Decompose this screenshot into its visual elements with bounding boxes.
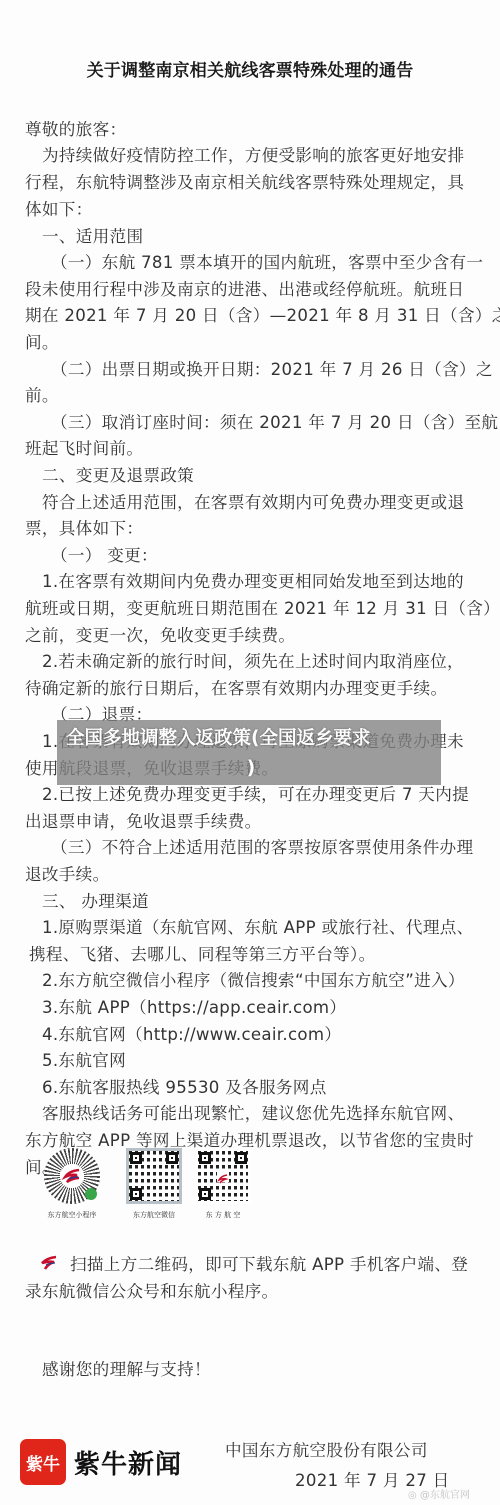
body-line: 4.东航官网（http://www.ceair.com） bbox=[42, 1024, 497, 1046]
qr-finder-icon bbox=[199, 1152, 211, 1164]
body-line: 行程，东航特调整涉及南京相关航线客票特殊处理规定，具 bbox=[25, 172, 480, 194]
headline-line-2: ) bbox=[66, 754, 436, 784]
watermark-text: @东航官网 bbox=[420, 1490, 470, 1501]
scan-note-line-2: 录东航微信公众号和东航小程序。 bbox=[25, 1281, 480, 1303]
airline-logo-icon bbox=[40, 1255, 58, 1275]
weibo-watermark: ◎ @东航官网 bbox=[408, 1486, 470, 1501]
body-line: 5.东航官网 bbox=[42, 1050, 497, 1072]
body-line: 体如下： bbox=[25, 199, 480, 221]
body-line: 待确定新的旅行日期后，在客票有效期内办理变更手续。 bbox=[25, 678, 480, 700]
headline-overlay-text[interactable]: 全国多地调整入返政策(全国返乡要求 ) bbox=[66, 724, 436, 784]
body-line: 二、变更及退票政策 bbox=[42, 465, 497, 487]
body-line: （三）不符合上述适用范围的客票按原客票使用条件办理 bbox=[51, 837, 500, 859]
qr-finder-icon bbox=[130, 1188, 142, 1200]
airline-logo-icon bbox=[217, 1170, 229, 1182]
body-line: （一）东航 781 票本填开的国内航班，客票中至少含有一 bbox=[51, 252, 500, 274]
body-line: 符合上述适用范围，在客票有效期内可免费办理变更或退 bbox=[42, 492, 497, 514]
notice-document: 关于调整南京相关航线客票特殊处理的通告 尊敬的旅客：为持续做好疫情防控工作，方便… bbox=[0, 0, 500, 1505]
body-line: 三、 办理渠道 bbox=[42, 891, 497, 913]
body-line: 班起飞时间前。 bbox=[25, 438, 480, 460]
body-line: 6.东航客服热线 95530 及各服务网点 bbox=[42, 1077, 497, 1099]
body-line: 一、适用范围 bbox=[42, 226, 497, 248]
body-line: 段未使用行程中涉及南京的进港、出港或经停航班。航班日 bbox=[25, 279, 480, 301]
document-title: 关于调整南京相关航线客票特殊处理的通告 bbox=[0, 56, 500, 81]
weibo-icon: ◎ bbox=[408, 1490, 417, 1501]
body-line: 出退票申请，免收退票手续费。 bbox=[25, 811, 480, 833]
headline-line-1: 全国多地调整入返政策(全国返乡要求 bbox=[66, 728, 370, 749]
qr-app: 东 方 航 空 bbox=[193, 1148, 253, 1220]
qr-finder-icon bbox=[199, 1188, 211, 1200]
body-line: 退改手续。 bbox=[25, 864, 480, 886]
body-line: 1.在客票有效期间内免费办理变更相同始发地至到达地的 bbox=[42, 571, 497, 593]
body-line: （二）出票日期或换开日期：2021 年 7 月 26 日（含）之 bbox=[51, 359, 500, 381]
brand-name: 紫牛新闻 bbox=[74, 1444, 182, 1481]
scan-note-line-1: 扫描上方二维码，即可下载东航 APP 手机客户端、登 bbox=[70, 1254, 500, 1276]
qr-finder-icon bbox=[235, 1152, 247, 1164]
body-line: 票，具体如下： bbox=[25, 518, 480, 540]
brand-mark-icon: 紫牛 bbox=[20, 1439, 66, 1485]
qr-finder-icon bbox=[166, 1152, 178, 1164]
thanks-text: 感谢您的理解与支持！ bbox=[42, 1359, 497, 1381]
body-line: 尊敬的旅客： bbox=[25, 119, 480, 141]
body-line: 前。 bbox=[25, 385, 480, 407]
body-line: （三）取消订座时间：须在 2021 年 7 月 20 日（含）至航 bbox=[51, 412, 500, 434]
body-line: （一） 变更： bbox=[51, 545, 500, 567]
body-line: 航班或日期，变更航班日期范围在 2021 年 12 月 31 日（含） bbox=[25, 598, 480, 620]
body-line: 1.原购票渠道（东航官网、东航 APP 或旅行社、代理点、 bbox=[42, 917, 497, 939]
brand-logo: 紫牛 紫牛新闻 bbox=[20, 1437, 182, 1487]
body-line: 2.已按上述免费办理变更手续，可在办理变更后 7 天内提 bbox=[42, 784, 497, 806]
signature-company: 中国东方航空股份有限公司 bbox=[225, 1437, 428, 1461]
body-line: 2.若未确定新的旅行时间，须先在上述时间内取消座位， bbox=[42, 651, 497, 673]
body-line: 2.东方航空微信小程序（微信搜索“中国东方航空”进入） bbox=[42, 970, 497, 992]
body-line: 为持续做好疫情防控工作，方便受影响的旅客更好地安排 bbox=[42, 145, 497, 167]
body-line: 之前，变更一次，免收变更手续费。 bbox=[25, 625, 480, 647]
body-line: 客服热线话务可能出现繁忙，建议您优先选择东航官网、 bbox=[42, 1103, 497, 1125]
body-line: 间。 bbox=[25, 332, 480, 354]
qr-mini-program: 东方航空小程序 bbox=[42, 1148, 102, 1220]
qr-finder-icon bbox=[130, 1152, 142, 1164]
body-line: 期在 2021 年 7 月 20 日（含）—2021 年 8 月 31 日（含）… bbox=[25, 305, 480, 327]
airline-logo-icon bbox=[61, 1165, 83, 1187]
qr-caption: 东 方 航 空 bbox=[193, 1210, 253, 1220]
body-line: 携程、飞猪、去哪儿、同程等第三方平台等）。 bbox=[29, 944, 484, 966]
wechat-mini-badge-icon bbox=[85, 1188, 97, 1200]
qr-wechat: 东方航空微信 bbox=[124, 1148, 184, 1220]
body-line: 3.东航 APP（https://app.ceair.com） bbox=[42, 997, 497, 1019]
qr-caption: 东方航空小程序 bbox=[42, 1210, 102, 1220]
qr-caption: 东方航空微信 bbox=[124, 1210, 184, 1220]
